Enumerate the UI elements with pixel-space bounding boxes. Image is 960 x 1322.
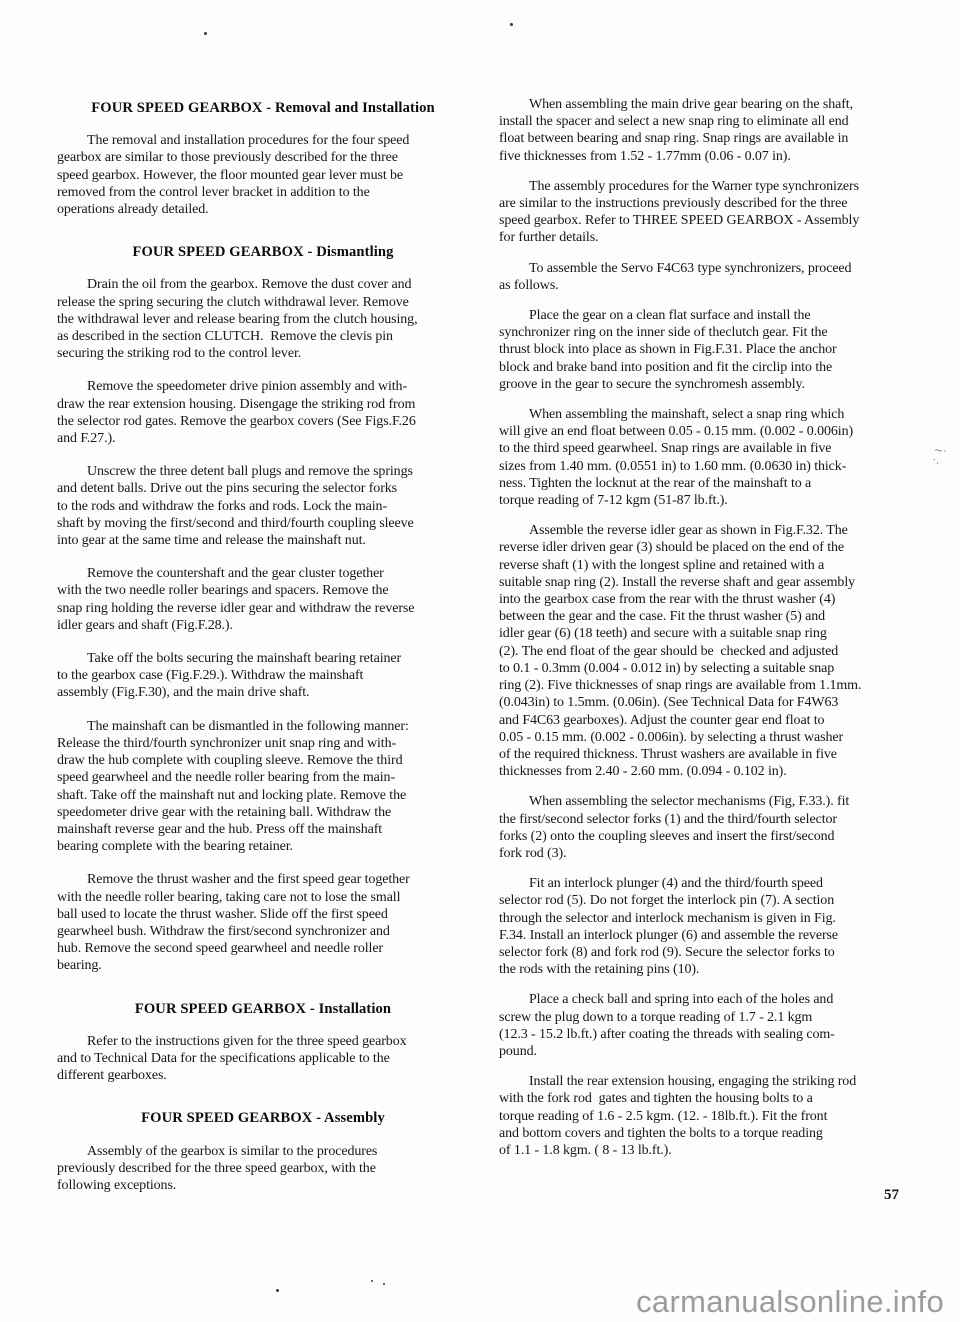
paragraph: Assemble the reverse idler gear as shown… [499, 522, 914, 780]
paragraph: Unscrew the three detent ball plugs and … [57, 463, 469, 549]
paragraph: To assemble the Servo F4C63 type synchro… [499, 260, 914, 294]
scan-speck [510, 23, 513, 26]
paragraph: Remove the countershaft and the gear clu… [57, 565, 469, 634]
paragraph: Place the gear on a clean flat surface a… [499, 307, 914, 393]
paragraph: The mainshaft can be dismantled in the f… [57, 718, 469, 856]
paragraph: Remove the thrust washer and the first s… [57, 871, 469, 974]
section-heading: FOUR SPEED GEARBOX - Removal and Install… [57, 100, 469, 117]
paragraph: When assembling the mainshaft, select a … [499, 406, 914, 509]
section-installation: FOUR SPEED GEARBOX - Installation Refer … [57, 1001, 469, 1085]
manual-page: FOUR SPEED GEARBOX - Removal and Install… [0, 0, 960, 1322]
section-heading: FOUR SPEED GEARBOX - Assembly [57, 1110, 469, 1127]
section-heading: FOUR SPEED GEARBOX - Installation [57, 1001, 469, 1018]
paragraph: Refer to the instructions given for the … [57, 1033, 469, 1085]
paragraph: Place a check ball and spring into each … [499, 991, 914, 1060]
right-column: When assembling the main drive gear bear… [499, 96, 914, 1172]
paragraph: Remove the speedometer drive pinion asse… [57, 378, 469, 447]
left-column: FOUR SPEED GEARBOX - Removal and Install… [57, 100, 469, 1210]
page-number: 57 [884, 1187, 899, 1204]
paragraph: The removal and installation procedures … [57, 132, 469, 218]
paragraph: Assembly of the gearbox is similar to th… [57, 1143, 469, 1195]
section-dismantling: FOUR SPEED GEARBOX - Dismantling Drain t… [57, 244, 469, 974]
watermark: carmanualsonline.info [636, 1284, 944, 1320]
margin-scribble: ∼··․ [932, 445, 948, 467]
paragraph: Install the rear extension housing, enga… [499, 1073, 914, 1159]
scan-speck [500, 232, 502, 234]
paragraph: The assembly procedures for the Warner t… [499, 178, 914, 247]
section-removal-installation: FOUR SPEED GEARBOX - Removal and Install… [57, 100, 469, 218]
section-assembly: FOUR SPEED GEARBOX - Assembly Assembly o… [57, 1110, 469, 1194]
scan-speck [204, 32, 207, 35]
section-heading: FOUR SPEED GEARBOX - Dismantling [57, 244, 469, 261]
paragraph: Drain the oil from the gearbox. Remove t… [57, 276, 469, 362]
paragraph: When assembling the main drive gear bear… [499, 96, 914, 165]
paragraph: Fit an interlock plunger (4) and the thi… [499, 875, 914, 978]
paragraph: Take off the bolts securing the mainshaf… [57, 650, 469, 702]
scan-speck [383, 1283, 385, 1285]
scan-speck [371, 1280, 373, 1282]
paragraph: When assembling the selector mechanisms … [499, 793, 914, 862]
scan-speck [276, 1289, 279, 1292]
